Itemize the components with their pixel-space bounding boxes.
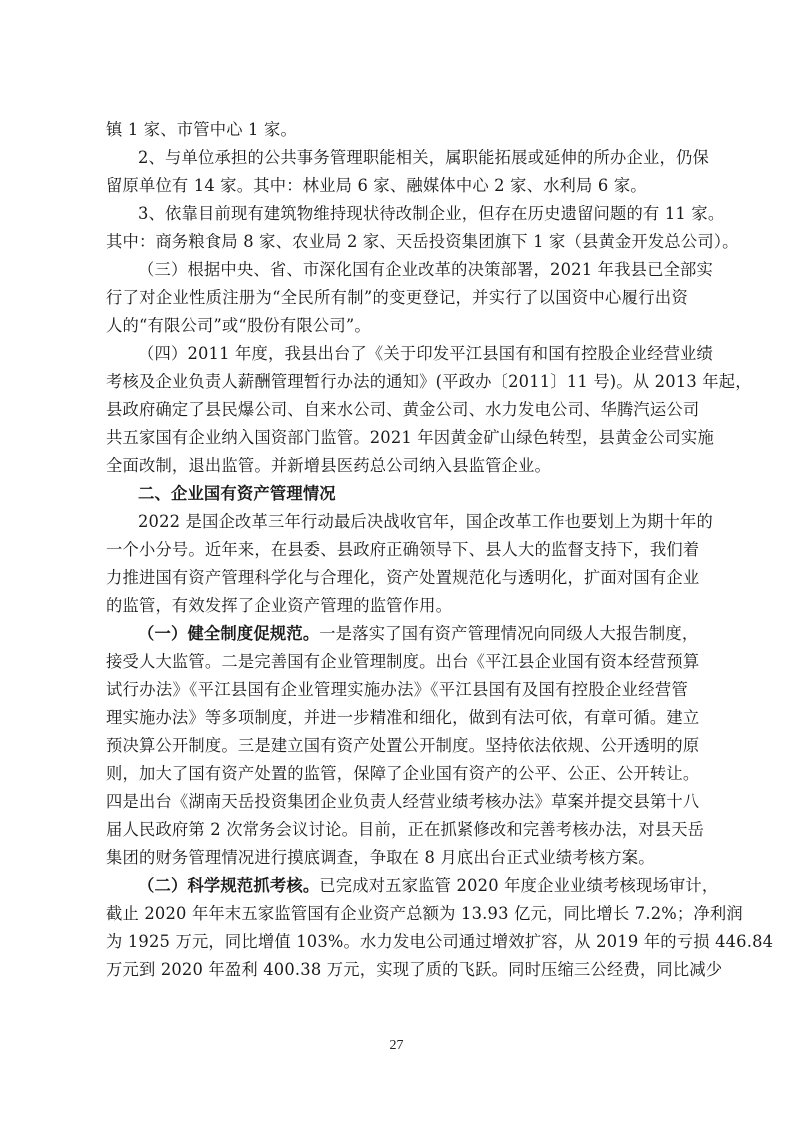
text-line: 考核及企业负责人薪酬管理暂行办法的通知》(平政办〔2011〕11 号)。从 20… <box>106 369 688 395</box>
text-line: 行了对企业性质注册为“全民所有制”的变更登记，并实行了以国资中心履行出资 <box>106 285 688 311</box>
text-span: 一是落实了国有资产管理情况向同级人大报告制度， <box>319 624 698 643</box>
text-line: 届人民政府第 2 次常务会议讨论。目前，正在抓紧修改和完善考核办法，对县天岳 <box>106 817 688 843</box>
text-line: 人的“有限公司”或“股份有限公司”。 <box>106 313 688 339</box>
text-line: 全面改制，退出监管。并新增县医药总公司纳入县监管企业。 <box>106 453 688 479</box>
text-line: （三）根据中央、省、市深化国有企业改革的决策部署，2021 年我县已全部实 <box>138 257 688 283</box>
text-line: 的监管，有效发挥了企业资产管理的监管作用。 <box>106 593 688 619</box>
document-page: 镇 1 家、市管中心 1 家。 2、与单位承担的公共事务管理职能相关，属职能拓展… <box>0 0 793 1122</box>
text-line: 县政府确定了县民爆公司、自来水公司、黄金公司、水力发电公司、华腾汽运公司 <box>106 397 688 423</box>
subsection-title: （一）健全制度促规范。 <box>138 624 319 643</box>
text-line: 镇 1 家、市管中心 1 家。 <box>106 117 688 143</box>
text-line: （四）2011 年度，我县出台了《关于印发平江县国有和国有控股企业经营业绩 <box>138 341 688 367</box>
text-line: 留原单位有 14 家。其中：林业局 6 家、融媒体中心 2 家、水利局 6 家。 <box>106 173 688 199</box>
text-line: 一个小分号。近年来，在县委、县政府正确领导下、县人大的监督支持下，我们着 <box>106 537 688 563</box>
text-line: 3、依靠目前现有建筑物维持现状待改制企业，但存在历史遗留问题的有 11 家。 <box>138 201 688 227</box>
text-line: （一）健全制度促规范。一是落实了国有资产管理情况向同级人大报告制度， <box>138 621 688 647</box>
page-number: 27 <box>0 1038 793 1054</box>
text-line: 2022 是国企改革三年行动最后决战收官年，国企改革工作也要划上为期十年的 <box>138 509 688 535</box>
text-line: 预决算公开制度。三是建立国有资产处置公开制度。坚持依法依规、公开透明的原 <box>106 733 688 759</box>
section-heading: 二、企业国有资产管理情况 <box>138 481 688 507</box>
text-line: 则，加大了国有资产处置的监管，保障了企业国有资产的公平、公正、公开转让。 <box>106 761 688 787</box>
text-line: 力推进国有资产管理科学化与合理化，资产处置规范化与透明化，扩面对国有企业 <box>106 565 688 591</box>
text-line: 试行办法》《平江县国有企业管理实施办法》《平江县国有及国有控股企业经营管 <box>106 677 688 703</box>
text-line: 2、与单位承担的公共事务管理职能相关，属职能拓展或延伸的所办企业，仍保 <box>138 145 688 171</box>
text-line: 其中：商务粮食局 8 家、农业局 2 家、天岳投资集团旗下 1 家（县黄金开发总… <box>106 229 688 255</box>
text-span: 已完成对五家监管 2020 年度企业业绩考核现场审计， <box>319 876 718 895</box>
text-line: 接受人大监管。二是完善国有企业管理制度。出台《平江县企业国有资本经营预算 <box>106 649 688 675</box>
text-line: 集团的财务管理情况进行摸底调查，争取在 8 月底出台正式业绩考核方案。 <box>106 845 688 871</box>
text-line: 理实施办法》等多项制度，并进一步精准和细化，做到有法可依，有章可循。建立 <box>106 705 688 731</box>
subsection-title: （二）科学规范抓考核。 <box>138 876 319 895</box>
text-line: 为 1925 万元，同比增值 103%。水力发电公司通过增效扩容，从 2019 … <box>106 929 688 955</box>
text-line: 万元到 2020 年盈利 400.38 万元，实现了质的飞跃。同时压缩三公经费，… <box>106 957 688 983</box>
text-line: 截止 2020 年年末五家监管国有企业资产总额为 13.93 亿元，同比增长 7… <box>106 901 688 927</box>
text-line: 四是出台《湖南天岳投资集团企业负责人经营业绩考核办法》草案并提交县第十八 <box>106 789 688 815</box>
text-line: 共五家国有企业纳入国资部门监管。2021 年因黄金矿山绿色转型，县黄金公司实施 <box>106 425 688 451</box>
text-line: （二）科学规范抓考核。已完成对五家监管 2020 年度企业业绩考核现场审计， <box>138 873 688 899</box>
